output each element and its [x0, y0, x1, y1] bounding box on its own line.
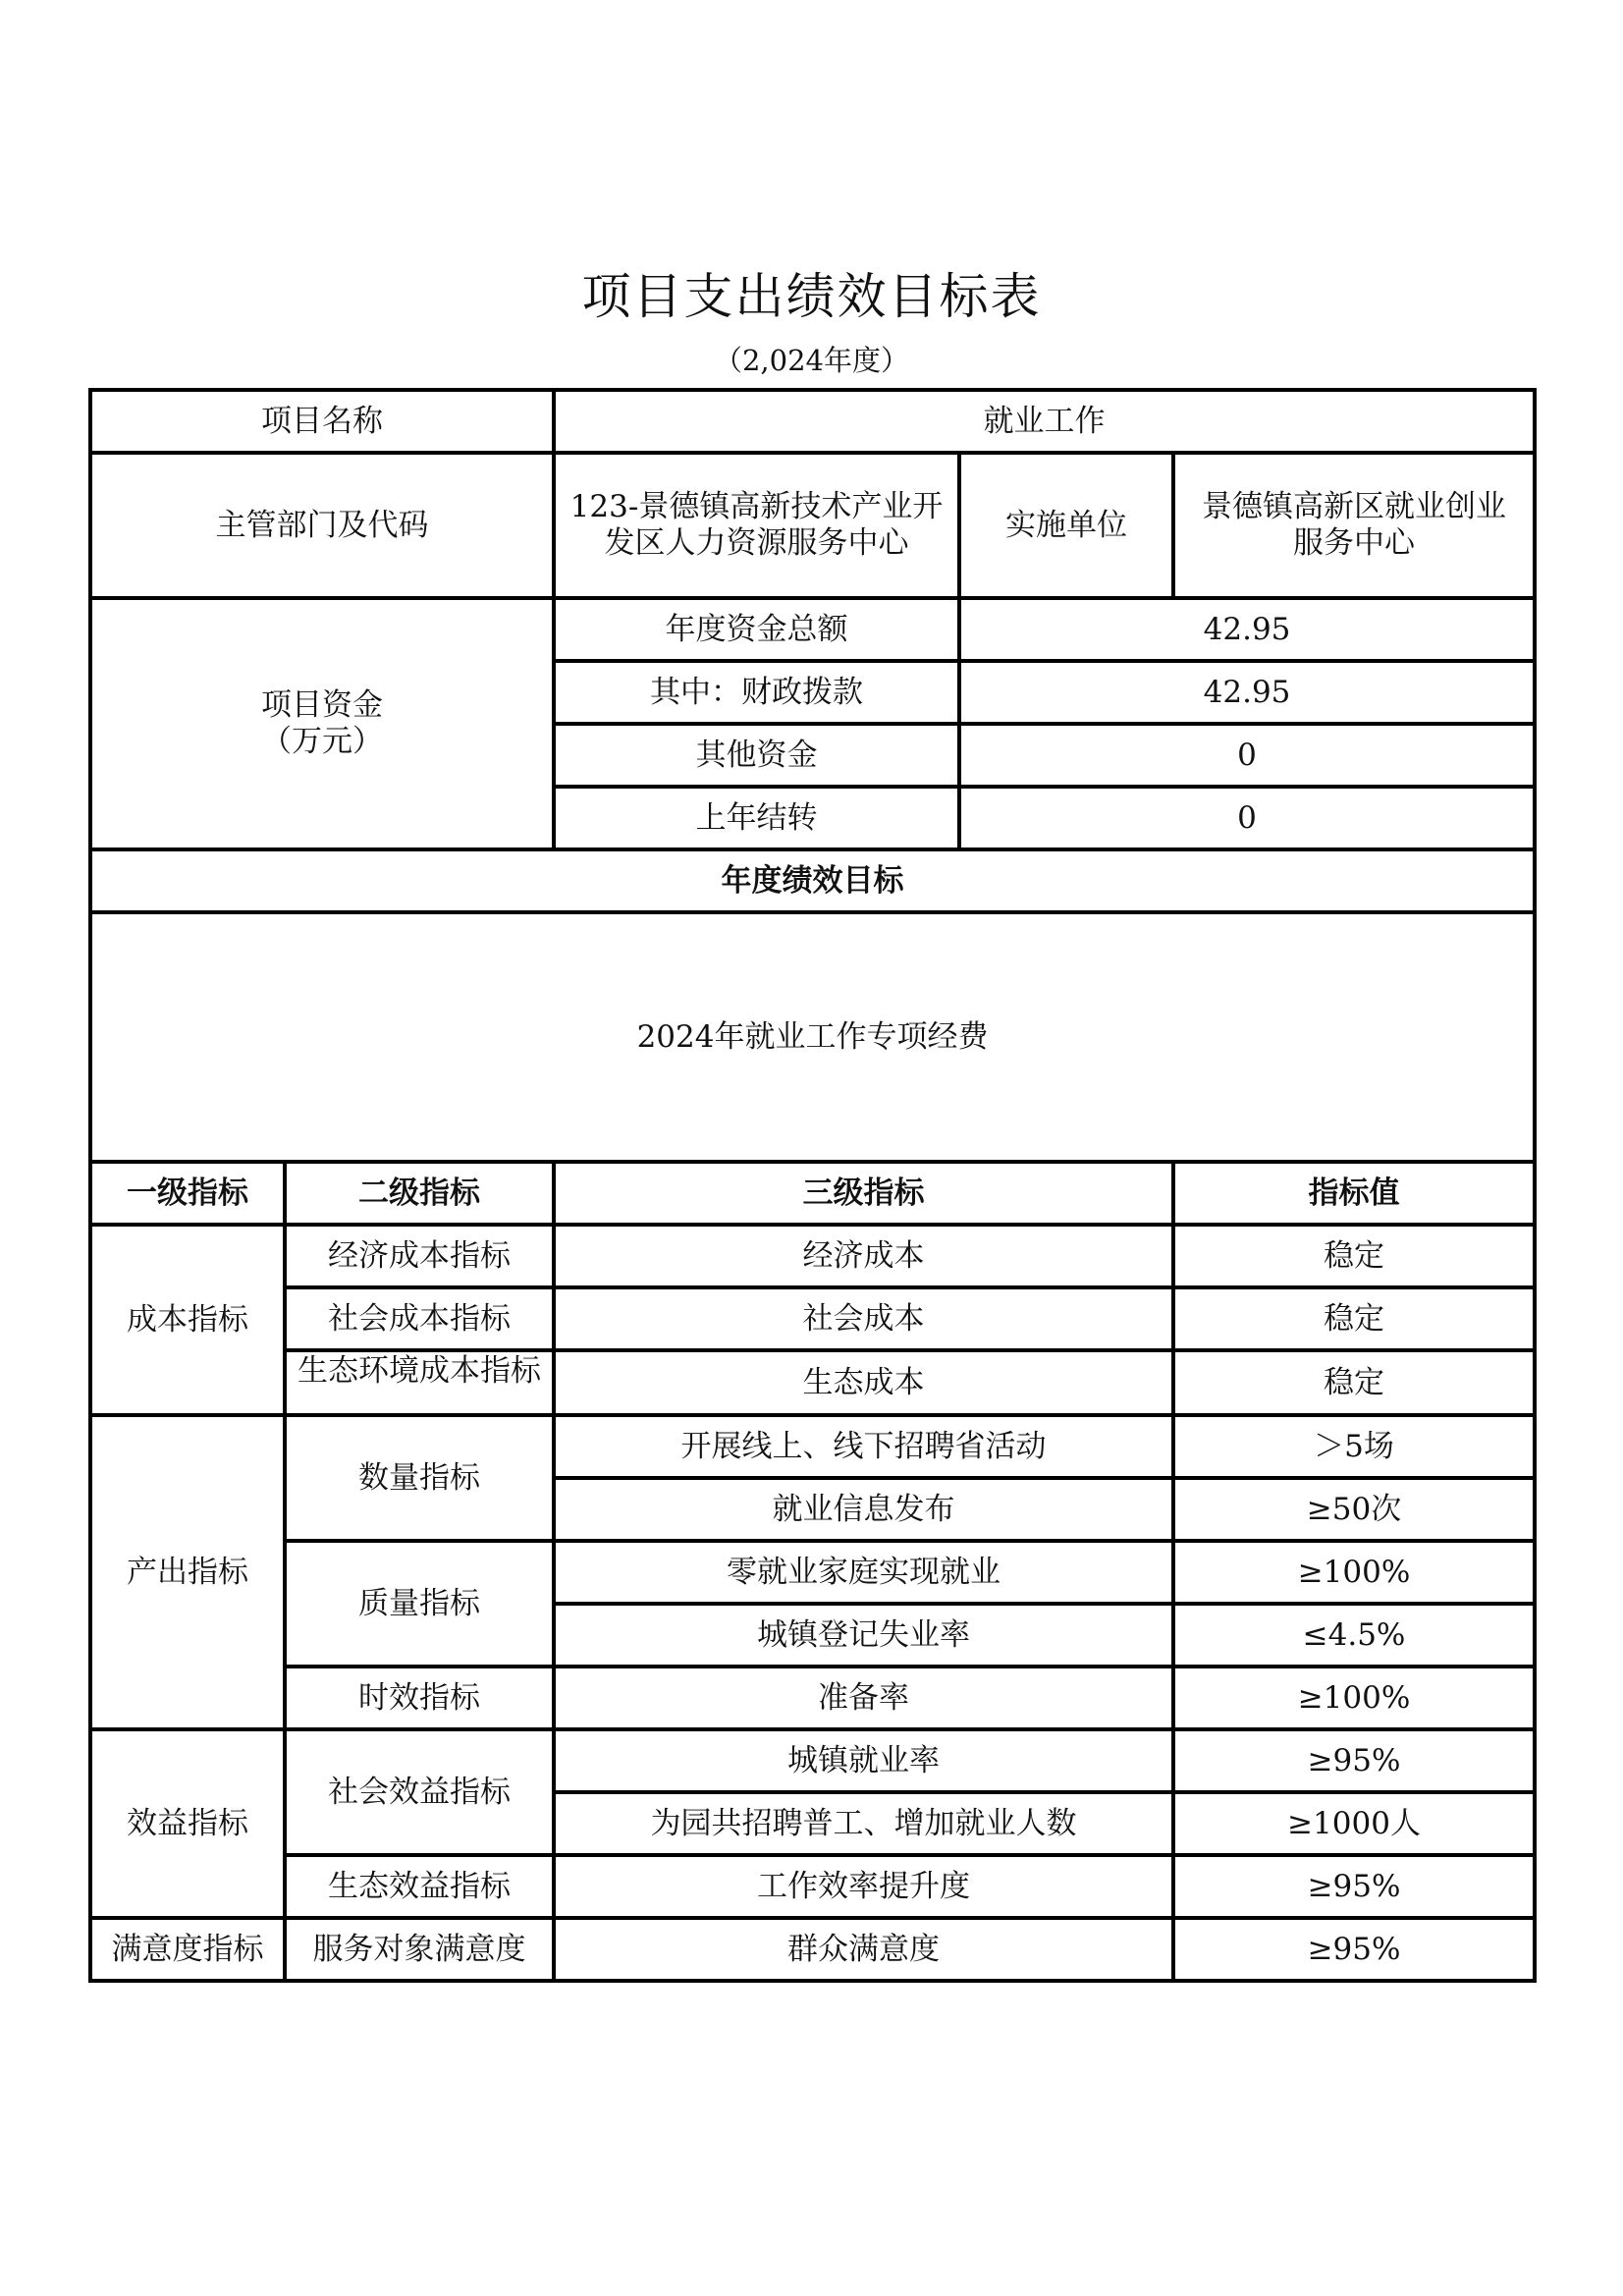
- level2-cell: 服务对象满意度: [285, 1918, 554, 1981]
- fiscal-year-subtitle: （2,024年度）: [0, 339, 1623, 379]
- level2-cell: 时效指标: [285, 1667, 554, 1729]
- table-row: 社会成本指标 社会成本 稳定: [90, 1287, 1535, 1350]
- funds-label-cell: 项目资金 （万元）: [90, 598, 554, 849]
- funds-row: 项目资金 （万元） 年度资金总额 42.95: [90, 598, 1535, 661]
- level3-cell: 经济成本: [554, 1225, 1173, 1287]
- level2-cell: 生态效益指标: [285, 1855, 554, 1918]
- header-value: 指标值: [1173, 1162, 1535, 1225]
- funds-row-value: 42.95: [959, 598, 1535, 661]
- funds-label: 项目资金: [98, 687, 546, 724]
- department-label: 主管部门及代码: [90, 453, 554, 598]
- level3-cell: 生态成本: [554, 1350, 1173, 1415]
- funds-row-label: 年度资金总额: [554, 598, 959, 661]
- department-value: 123-景德镇高新技术产业开发区人力资源服务中心: [554, 453, 959, 598]
- value-cell: ≥95%: [1173, 1855, 1535, 1918]
- level3-cell: 社会成本: [554, 1287, 1173, 1350]
- table-row: 效益指标 社会效益指标 城镇就业率 ≥95%: [90, 1729, 1535, 1792]
- level3-cell: 开展线上、线下招聘省活动: [554, 1415, 1173, 1478]
- project-name-label: 项目名称: [90, 390, 554, 453]
- header-level2: 二级指标: [285, 1162, 554, 1225]
- annual-goal-label: 年度绩效目标: [90, 849, 1535, 912]
- indicator-header-row: 一级指标 二级指标 三级指标 指标值: [90, 1162, 1535, 1225]
- annual-goal-header-row: 年度绩效目标: [90, 849, 1535, 912]
- level3-cell: 群众满意度: [554, 1918, 1173, 1981]
- level3-cell: 零就业家庭实现就业: [554, 1541, 1173, 1604]
- value-cell: 稳定: [1173, 1287, 1535, 1350]
- level3-cell: 就业信息发布: [554, 1478, 1173, 1541]
- level3-cell: 为园共招聘普工、增加就业人数: [554, 1792, 1173, 1855]
- implementing-unit-value: 景德镇高新区就业创业服务中心: [1173, 453, 1535, 598]
- level2-cell-text: 生态环境成本指标: [293, 1354, 546, 1413]
- funds-unit: （万元）: [98, 724, 546, 760]
- funds-row-label: 上年结转: [554, 787, 959, 849]
- value-cell: ≥50次: [1173, 1478, 1535, 1541]
- level3-cell: 工作效率提升度: [554, 1855, 1173, 1918]
- level1-cell: 成本指标: [90, 1225, 285, 1415]
- funds-row-label: 其他资金: [554, 724, 959, 787]
- level3-cell: 城镇登记失业率: [554, 1604, 1173, 1667]
- funds-row-value: 0: [959, 787, 1535, 849]
- level2-cell: 质量指标: [285, 1541, 554, 1667]
- implementing-unit-label: 实施单位: [959, 453, 1173, 598]
- project-name-row: 项目名称 就业工作: [90, 390, 1535, 453]
- table-row: 时效指标 准备率 ≥100%: [90, 1667, 1535, 1729]
- funds-row-value: 42.95: [959, 661, 1535, 724]
- level2-cell: 社会成本指标: [285, 1287, 554, 1350]
- page-title: 项目支出绩效目标表: [0, 257, 1623, 328]
- performance-target-table: 项目名称 就业工作 主管部门及代码 123-景德镇高新技术产业开发区人力资源服务…: [88, 388, 1537, 1983]
- level2-cell: 生态环境成本指标: [285, 1350, 554, 1415]
- header-level3: 三级指标: [554, 1162, 1173, 1225]
- value-cell: ≥1000人: [1173, 1792, 1535, 1855]
- funds-row-label: 其中：财政拨款: [554, 661, 959, 724]
- value-cell: ≥100%: [1173, 1667, 1535, 1729]
- level1-cell: 效益指标: [90, 1729, 285, 1918]
- header-level1: 一级指标: [90, 1162, 285, 1225]
- department-row: 主管部门及代码 123-景德镇高新技术产业开发区人力资源服务中心 实施单位 景德…: [90, 453, 1535, 598]
- table-row: 产出指标 数量指标 开展线上、线下招聘省活动 ＞5场: [90, 1415, 1535, 1478]
- value-cell: 稳定: [1173, 1225, 1535, 1287]
- level2-cell: 数量指标: [285, 1415, 554, 1541]
- value-cell: ≥100%: [1173, 1541, 1535, 1604]
- annual-goal-content-row: 2024年就业工作专项经费: [90, 912, 1535, 1162]
- value-cell: ≥95%: [1173, 1729, 1535, 1792]
- level2-cell: 社会效益指标: [285, 1729, 554, 1855]
- table-row: 质量指标 零就业家庭实现就业 ≥100%: [90, 1541, 1535, 1604]
- level1-cell: 满意度指标: [90, 1918, 285, 1981]
- project-name-value: 就业工作: [554, 390, 1535, 453]
- value-cell: ＞5场: [1173, 1415, 1535, 1478]
- funds-row-value: 0: [959, 724, 1535, 787]
- table-row: 生态效益指标 工作效率提升度 ≥95%: [90, 1855, 1535, 1918]
- level3-cell: 城镇就业率: [554, 1729, 1173, 1792]
- level3-cell: 准备率: [554, 1667, 1173, 1729]
- value-cell: ≥95%: [1173, 1918, 1535, 1981]
- table-row: 生态环境成本指标 生态成本 稳定: [90, 1350, 1535, 1415]
- value-cell: 稳定: [1173, 1350, 1535, 1415]
- level1-cell: 产出指标: [90, 1415, 285, 1729]
- annual-goal-content: 2024年就业工作专项经费: [90, 912, 1535, 1162]
- table-row: 满意度指标 服务对象满意度 群众满意度 ≥95%: [90, 1918, 1535, 1981]
- value-cell: ≤4.5%: [1173, 1604, 1535, 1667]
- level2-cell: 经济成本指标: [285, 1225, 554, 1287]
- table-row: 成本指标 经济成本指标 经济成本 稳定: [90, 1225, 1535, 1287]
